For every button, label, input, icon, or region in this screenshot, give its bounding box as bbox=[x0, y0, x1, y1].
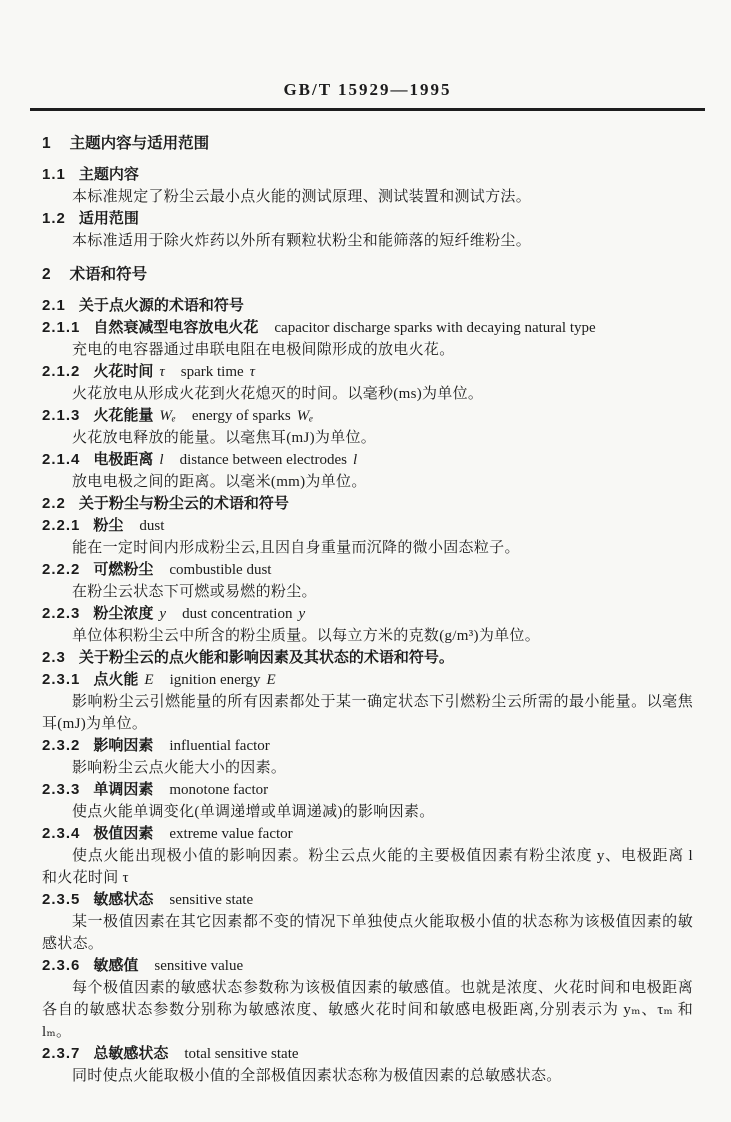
term-zh: 单调因素 bbox=[93, 781, 153, 798]
term-en: spark time bbox=[181, 364, 244, 380]
term-number: 2.3.4 bbox=[42, 825, 80, 842]
term-heading-2-2-2: 2.2.2可燃粉尘combustible dust bbox=[42, 559, 693, 581]
term-heading-2-1-4: 2.1.4电极距离ldistance between electrodesl bbox=[42, 449, 693, 471]
term-zh: 粉尘 bbox=[93, 517, 123, 534]
term-number: 2.2.1 bbox=[42, 517, 80, 534]
clause-heading-1-2: 1.2适用范围 bbox=[42, 208, 693, 230]
term-number: 2.3.7 bbox=[42, 1045, 80, 1062]
paragraph: 本标准适用于除火炸药以外所有颗粒状粉尘和能筛落的短纤维粉尘。 bbox=[42, 230, 693, 252]
term-definition: 单位体积粉尘云中所含的粉尘质量。以每立方米的克数(g/m³)为单位。 bbox=[42, 625, 693, 647]
term-symbol-en: τ bbox=[250, 364, 255, 380]
term-symbol: τ bbox=[159, 364, 164, 380]
clause-number: 1.2 bbox=[42, 210, 66, 227]
term-symbol-en: E bbox=[267, 672, 276, 688]
term-heading-2-3-1: 2.3.1点火能Eignition energyE bbox=[42, 669, 693, 691]
chapter-title: 主题内容与适用范围 bbox=[70, 135, 210, 152]
term-definition: 使点火能出现极小值的影响因素。粉尘云点火能的主要极值因素有粉尘浓度 y、电极距离… bbox=[42, 845, 693, 889]
clause-number: 2.3 bbox=[42, 649, 66, 666]
term-symbol-en: l bbox=[353, 452, 357, 468]
document-body: 1主题内容与适用范围 1.1主题内容 本标准规定了粉尘云最小点火能的测试原理、测… bbox=[42, 133, 693, 1087]
term-en: dust bbox=[139, 518, 164, 534]
term-zh: 电极距离 bbox=[93, 451, 153, 468]
term-en: combustible dust bbox=[169, 562, 271, 578]
clause-title: 适用范围 bbox=[79, 210, 139, 227]
clause-heading-2-1: 2.1关于点火源的术语和符号 bbox=[42, 295, 693, 317]
term-number: 2.3.5 bbox=[42, 891, 80, 908]
term-definition: 能在一定时间内形成粉尘云,且因自身重量而沉降的微小固态粒子。 bbox=[42, 537, 693, 559]
term-zh: 影响因素 bbox=[93, 737, 153, 754]
term-definition: 充电的电容器通过串联电阻在电极间隙形成的放电火花。 bbox=[42, 339, 693, 361]
clause-heading-2-3: 2.3关于粉尘云的点火能和影响因素及其状态的术语和符号。 bbox=[42, 647, 693, 669]
paragraph: 本标准规定了粉尘云最小点火能的测试原理、测试装置和测试方法。 bbox=[42, 186, 693, 208]
term-en: energy of sparks bbox=[192, 408, 291, 424]
clause-title: 关于粉尘云的点火能和影响因素及其状态的术语和符号。 bbox=[79, 649, 454, 666]
term-number: 2.2.2 bbox=[42, 561, 80, 578]
term-number: 2.1.1 bbox=[42, 319, 80, 336]
term-definition: 放电电极之间的距离。以毫米(mm)为单位。 bbox=[42, 471, 693, 493]
term-definition: 影响粉尘云点火能大小的因素。 bbox=[42, 757, 693, 779]
chapter-title: 术语和符号 bbox=[70, 266, 148, 283]
term-number: 2.3.1 bbox=[42, 671, 80, 688]
term-number: 2.1.4 bbox=[42, 451, 80, 468]
term-symbol: Wₑ bbox=[159, 408, 175, 424]
chapter-heading-2: 2术语和符号 bbox=[42, 264, 693, 286]
term-heading-2-1-2: 2.1.2火花时间τspark timeτ bbox=[42, 361, 693, 383]
clause-title: 主题内容 bbox=[79, 166, 139, 183]
term-zh: 火花能量 bbox=[93, 407, 153, 424]
term-definition: 火花放电从形成火花到火花熄灭的时间。以毫秒(ms)为单位。 bbox=[42, 383, 693, 405]
term-number: 2.1.2 bbox=[42, 363, 80, 380]
term-number: 2.1.3 bbox=[42, 407, 80, 424]
term-heading-2-3-7: 2.3.7总敏感状态total sensitive state bbox=[42, 1043, 693, 1065]
term-zh: 敏感值 bbox=[93, 957, 138, 974]
term-en: dust concentration bbox=[182, 606, 292, 622]
term-number: 2.3.6 bbox=[42, 957, 80, 974]
term-zh: 总敏感状态 bbox=[93, 1045, 168, 1062]
standard-code: GB/T 15929—1995 bbox=[42, 80, 693, 100]
document-page: GB/T 15929—1995 1主题内容与适用范围 1.1主题内容 本标准规定… bbox=[0, 0, 731, 1122]
clause-number: 2.1 bbox=[42, 297, 66, 314]
chapter-heading-1: 1主题内容与适用范围 bbox=[42, 133, 693, 155]
clause-number: 2.2 bbox=[42, 495, 66, 512]
header-rule bbox=[30, 108, 705, 111]
clause-title: 关于粉尘与粉尘云的术语和符号 bbox=[79, 495, 289, 512]
term-zh: 粉尘浓度 bbox=[93, 605, 153, 622]
term-zh: 敏感状态 bbox=[93, 891, 153, 908]
chapter-number: 2 bbox=[42, 266, 52, 283]
term-zh: 火花时间 bbox=[93, 363, 153, 380]
term-symbol: l bbox=[159, 452, 163, 468]
term-zh: 自然衰减型电容放电火花 bbox=[93, 319, 258, 336]
term-symbol-en: y bbox=[298, 606, 305, 622]
term-definition: 在粉尘云状态下可燃或易燃的粉尘。 bbox=[42, 581, 693, 603]
term-heading-2-1-3: 2.1.3火花能量Wₑenergy of sparksWₑ bbox=[42, 405, 693, 427]
clause-title: 关于点火源的术语和符号 bbox=[79, 297, 244, 314]
term-number: 2.3.2 bbox=[42, 737, 80, 754]
term-en: distance between electrodes bbox=[180, 452, 347, 468]
term-definition: 每个极值因素的敏感状态参数称为该极值因素的敏感值。也就是浓度、火花时间和电极距离… bbox=[42, 977, 693, 1043]
term-heading-2-3-4: 2.3.4极值因素extreme value factor bbox=[42, 823, 693, 845]
term-en: monotone factor bbox=[169, 782, 268, 798]
term-symbol: E bbox=[144, 672, 153, 688]
term-zh: 点火能 bbox=[93, 671, 138, 688]
term-definition: 同时使点火能取极小值的全部极值因素状态称为极值因素的总敏感状态。 bbox=[42, 1065, 693, 1087]
term-en: influential factor bbox=[169, 738, 269, 754]
term-symbol-en: Wₑ bbox=[297, 408, 313, 424]
term-definition: 某一极值因素在其它因素都不变的情况下单独使点火能取极小值的状态称为该极值因素的敏… bbox=[42, 911, 693, 955]
term-definition: 使点火能单调变化(单调递增或单调递减)的影响因素。 bbox=[42, 801, 693, 823]
clause-number: 1.1 bbox=[42, 166, 66, 183]
term-heading-2-3-2: 2.3.2影响因素influential factor bbox=[42, 735, 693, 757]
term-heading-2-2-3: 2.2.3粉尘浓度ydust concentrationy bbox=[42, 603, 693, 625]
term-zh: 极值因素 bbox=[93, 825, 153, 842]
term-heading-2-3-5: 2.3.5敏感状态sensitive state bbox=[42, 889, 693, 911]
term-en: capacitor discharge sparks with decaying… bbox=[274, 320, 595, 336]
term-zh: 可燃粉尘 bbox=[93, 561, 153, 578]
term-number: 2.2.3 bbox=[42, 605, 80, 622]
term-heading-2-3-3: 2.3.3单调因素monotone factor bbox=[42, 779, 693, 801]
term-en: total sensitive state bbox=[184, 1046, 298, 1062]
term-number: 2.3.3 bbox=[42, 781, 80, 798]
chapter-number: 1 bbox=[42, 135, 52, 152]
term-heading-2-3-6: 2.3.6敏感值sensitive value bbox=[42, 955, 693, 977]
term-en: extreme value factor bbox=[169, 826, 292, 842]
term-en: ignition energy bbox=[170, 672, 261, 688]
term-heading-2-2-1: 2.2.1粉尘dust bbox=[42, 515, 693, 537]
term-definition: 影响粉尘云引燃能量的所有因素都处于某一确定状态下引燃粉尘云所需的最小能量。以毫焦… bbox=[42, 691, 693, 735]
term-en: sensitive state bbox=[169, 892, 253, 908]
term-heading-2-1-1: 2.1.1自然衰减型电容放电火花capacitor discharge spar… bbox=[42, 317, 693, 339]
clause-heading-1-1: 1.1主题内容 bbox=[42, 164, 693, 186]
term-definition: 火花放电释放的能量。以毫焦耳(mJ)为单位。 bbox=[42, 427, 693, 449]
term-en: sensitive value bbox=[154, 958, 243, 974]
clause-heading-2-2: 2.2关于粉尘与粉尘云的术语和符号 bbox=[42, 493, 693, 515]
term-symbol: y bbox=[159, 606, 166, 622]
